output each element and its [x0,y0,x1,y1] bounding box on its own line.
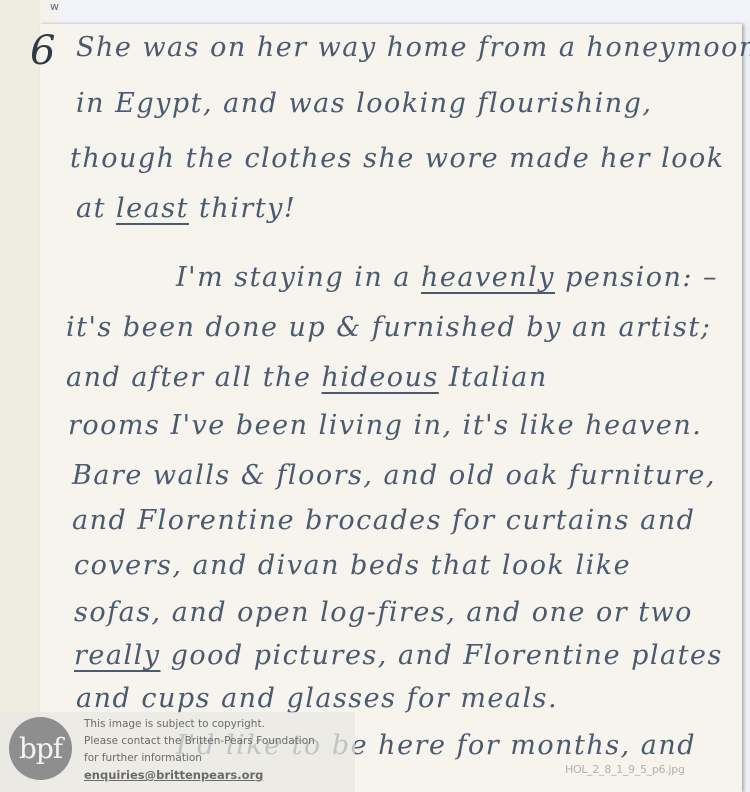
handwritten-line-1: She was on her way home from a honeymoon [76,32,750,63]
bpf-logo: bpf [9,717,72,780]
handwritten-line-3: though the clothes she wore made her loo… [70,143,725,174]
line-text: thirty! [189,193,296,224]
bpf-logo-text: bpf [19,732,62,765]
copyright-notice-line3: for further information [84,752,202,764]
line-text: good pictures, and Florentine plates [161,640,723,671]
line-text: Italian [439,362,548,393]
line-text: pension: – [555,262,718,293]
handwritten-line-4: at least thirty! [76,193,296,224]
underlying-sheet-text: w [50,0,59,13]
handwritten-line-14: and cups and glasses for meals. [76,683,558,714]
copyright-notice-line2: Please contact the Britten-Pears Foundat… [84,735,315,747]
line-text: at [76,193,116,224]
underlined-word: heavenly [421,262,555,293]
line-text: and after all the [66,362,322,393]
paper-fold-crease [382,24,384,792]
handwritten-line-6: it's been done up & furnished by an arti… [66,312,711,343]
handwritten-line-11: covers, and divan beds that look like [74,550,631,581]
handwritten-line-2: in Egypt, and was looking flourishing, [76,88,653,119]
handwritten-line-10: and Florentine brocades for curtains and [72,505,695,536]
line-text: I'm staying in a [176,262,421,293]
handwritten-line-8: rooms I've been living in, it's like hea… [68,410,702,441]
page-number: 6 [30,28,55,74]
handwritten-line-9: Bare walls & floors, and old oak furnitu… [72,460,716,491]
contact-email-link[interactable]: enquiries@brittenpears.org [84,768,263,782]
underlined-word: really [74,640,161,671]
underlined-word: least [116,193,189,224]
copyright-notice-line1: This image is subject to copyright. [84,718,265,730]
scanner-top-strip [60,0,750,25]
handwritten-line-12: sofas, and open log-fires, and one or tw… [74,597,693,628]
handwritten-line-13: really good pictures, and Florentine pla… [74,640,723,671]
handwritten-line-5: I'm staying in a heavenly pension: – [176,262,718,293]
handwritten-line-7: and after all the hideous Italian [66,362,548,393]
letter-page [40,24,742,792]
underlined-word: hideous [322,362,439,393]
image-filename: HOL_2_8_1_9_5_p6.jpg [565,763,685,776]
